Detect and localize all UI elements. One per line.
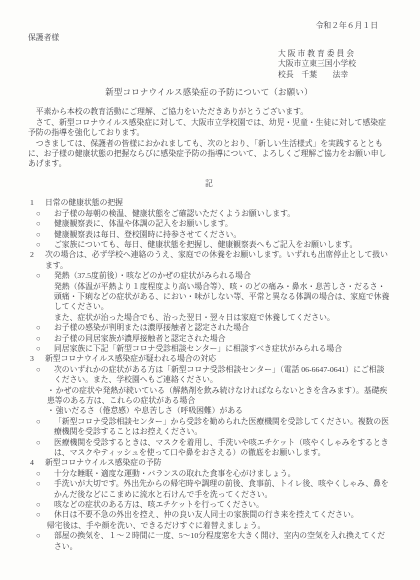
bullet-marker: ○ bbox=[28, 334, 54, 344]
list-item: ○ 健康観察表は毎日、登校園時に持参させてください。 bbox=[28, 230, 390, 240]
section-heading-row: 1 日常の健康状態の把握 bbox=[28, 198, 390, 208]
section-number: 3 bbox=[28, 354, 45, 364]
section-heading-row: 2 次の場合は、必ず学校へ連絡のうえ、家庭での休養をお願いします。いずれも出席停… bbox=[28, 250, 390, 271]
continuation-line: 帰宅後は、手や顔を洗い、できるだけすぐに着替えましょう。 bbox=[47, 521, 390, 531]
sub-list-item: ・かぜの症状や発熱が続いている（解熱剤を飲み続けなければならないときを含みます）… bbox=[47, 386, 390, 407]
bullet-marker: ○ bbox=[28, 438, 54, 459]
section-heading: 日常の健康状態の把握 bbox=[45, 198, 390, 208]
page-title: 新型コロナウイルス感染症の予防について（お願い） bbox=[28, 88, 390, 98]
bullet-marker: ○ bbox=[28, 510, 54, 520]
section-heading: 新型コロナウイルス感染症が疑われる場合の対応 bbox=[45, 354, 390, 364]
bullet-marker: ○ bbox=[28, 240, 54, 250]
bullet-marker: ○ bbox=[28, 479, 54, 500]
list-item-text: 医療機関を受診するときは、マスクを着用し、手洗いや咳エチケット（咳やくしゃみをす… bbox=[54, 438, 390, 459]
list-item: ○ 咳などの症状のある方は、咳エチケットを行ってください。 bbox=[28, 500, 390, 510]
list-item-text: 健康観察表に、体温や体調の記入をお願いします。 bbox=[54, 219, 390, 229]
intro-paragraph: つきましては、保護者の皆様におかれましても、次のとおり、「新しい生活様式」を実践… bbox=[28, 139, 390, 170]
section-heading-row: 4 新型コロナウイルス感染症の予防 bbox=[28, 458, 390, 468]
ki-marker: 記 bbox=[28, 179, 390, 189]
sender-block: 大 阪 市 教 育 委 員 会 大阪市立東三国小学校 校長 千葉 法幸 bbox=[278, 49, 356, 80]
list-item-text: 手洗いが大切です。外出先からの帰宅時や調理の前後、食事前、トイレ後、咳やくしゃみ… bbox=[54, 479, 390, 500]
section-suspected-infection: 3 新型コロナウイルス感染症が疑われる場合の対応 ○ 次のいずれかの症状がある方… bbox=[28, 354, 390, 458]
list-item: ○ 発熱（37.5度前後）・咳などのかぜの症状がみられる場合 bbox=[28, 271, 390, 281]
bullet-marker: ○ bbox=[28, 323, 54, 333]
list-item: ○ 部屋の換気を、１～２時間に一度、5～10分程度窓を大きく開け、室内の空気を入… bbox=[28, 531, 390, 552]
list-item-text: 部屋の換気を、１～２時間に一度、5～10分程度窓を大きく開け、室内の空気を入れ換… bbox=[54, 531, 390, 552]
sender-school: 大阪市立東三国小学校 bbox=[278, 59, 356, 69]
list-item-text: 発熱（37.5度前後）・咳などのかぜの症状がみられる場合 bbox=[54, 271, 390, 281]
sub-paragraph: 発熱（体温が平熱より１度程度より高い場合等）、咳・のどの痛み・鼻水・息苦しさ・だ… bbox=[54, 282, 390, 313]
bullet-marker: ○ bbox=[28, 209, 54, 219]
sub-list-item-text: かぜの症状や発熱が続いている（解熱剤を飲み続けなければならないときを含みます）。… bbox=[47, 386, 387, 405]
section-heading: 新型コロナウイルス感染症の予防 bbox=[45, 458, 390, 468]
list-item-text: お子様の同居家族が濃厚接触者と認定された場合 bbox=[54, 334, 390, 344]
bullet-marker: ○ bbox=[28, 219, 54, 229]
section-heading: 次の場合は、必ず学校へ連絡のうえ、家庭での休養をお願いします。いずれも出席停止と… bbox=[45, 250, 390, 271]
document-page: 令和２年６月１日 保護者様 大 阪 市 教 育 委 員 会 大阪市立東三国小学校… bbox=[0, 0, 420, 580]
list-item-text: 同居家族に下記「新型コロナ受診相談センター」に相談すべき症状がみられる場合 bbox=[54, 344, 390, 354]
section-heading-row: 3 新型コロナウイルス感染症が疑われる場合の対応 bbox=[28, 354, 390, 364]
bullet-marker: ○ bbox=[28, 271, 54, 281]
list-item-text: 次のいずれかの症状がある方は「新型コロナ受診相談センター」（電話 06-6647… bbox=[54, 365, 390, 386]
bullet-marker: ○ bbox=[28, 417, 54, 438]
list-item-text: お子様の毎朝の検温、健康状態をご確認いただくようお願いします。 bbox=[54, 209, 390, 219]
sender-organization: 大 阪 市 教 育 委 員 会 bbox=[278, 49, 356, 59]
sender-principal: 校長 千葉 法幸 bbox=[278, 70, 356, 80]
list-item: ○ 医療機関を受診するときは、マスクを着用し、手洗いや咳エチケット（咳やくしゃみ… bbox=[28, 438, 390, 459]
list-item-text: 十分な睡眠・適度な運動・バランスの取れた食事を心がけましょう。 bbox=[54, 469, 390, 479]
bullet-marker: ○ bbox=[28, 531, 54, 552]
list-item: ○ 手洗いが大切です。外出先からの帰宅時や調理の前後、食事前、トイレ後、咳やくし… bbox=[28, 479, 390, 500]
intro-paragraph: 平素から本校の教育活動にご理解、ご協力をいただきありがとうございます。 bbox=[28, 107, 390, 117]
dot-marker: ・ bbox=[47, 386, 55, 395]
list-item: ○ 同居家族に下記「新型コロナ受診相談センター」に相談すべき症状がみられる場合 bbox=[28, 344, 390, 354]
list-item-text: 休日は不要不急の外出を控え、仲の良い友人同士の家族間の行き来を控えてください。 bbox=[54, 510, 390, 520]
section-number: 1 bbox=[28, 198, 45, 208]
list-item: ○ 健康観察表に、体温や体調の記入をお願いします。 bbox=[28, 219, 390, 229]
dot-marker: ・ bbox=[47, 406, 55, 415]
document-date: 令和２年６月１日 bbox=[28, 21, 390, 31]
list-item: ○ 「新型コロナ受診相談センター」から受診を勧められた医療機関を受診してください… bbox=[28, 417, 390, 438]
list-item: ○ お子様の毎朝の検温、健康状態をご確認いただくようお願いします。 bbox=[28, 209, 390, 219]
recipient: 保護者様 bbox=[28, 33, 390, 43]
list-item: ○ 十分な睡眠・適度な運動・バランスの取れた食事を心がけましょう。 bbox=[28, 469, 390, 479]
section-absence-cases: 2 次の場合は、必ず学校へ連絡のうえ、家庭での休養をお願いします。いずれも出席停… bbox=[28, 250, 390, 354]
bullet-marker: ○ bbox=[28, 230, 54, 240]
list-item-text: ご家族についても、毎日、健康状態を把握し、健康観察表へもご記入をお願いします。 bbox=[54, 240, 390, 250]
list-item: ○ お子様の感染が判明または濃厚接触者と認定された場合 bbox=[28, 323, 390, 333]
intro-paragraph: さて、新型コロナウイルス感染症に対して、大阪市立学校園では、幼児・児童・生徒に対… bbox=[28, 118, 390, 139]
sub-paragraph: また、症状が治った場合でも、治った翌日・翌々日は家庭で休養してください。 bbox=[54, 313, 390, 323]
section-number: 2 bbox=[28, 250, 45, 271]
bullet-marker: ○ bbox=[28, 500, 54, 510]
list-item-text: 「新型コロナ受診相談センター」から受診を勧められた医療機関を受診してください。複… bbox=[54, 417, 390, 438]
bullet-marker: ○ bbox=[28, 365, 54, 386]
bullet-marker: ○ bbox=[28, 344, 54, 354]
list-item-text: 咳などの症状のある方は、咳エチケットを行ってください。 bbox=[54, 500, 390, 510]
list-item: ○ ご家族についても、毎日、健康状態を把握し、健康観察表へもご記入をお願いします… bbox=[28, 240, 390, 250]
list-item: ○ 休日は不要不急の外出を控え、仲の良い友人同士の家族間の行き来を控えてください… bbox=[28, 510, 390, 520]
section-daily-health: 1 日常の健康状態の把握 ○ お子様の毎朝の検温、健康状態をご確認いただくようお… bbox=[28, 198, 390, 250]
list-item: ○ お子様の同居家族が濃厚接触者と認定された場合 bbox=[28, 334, 390, 344]
sub-list-item-text: 強いだるさ（倦怠感）や息苦しさ（呼吸困難）がある bbox=[56, 406, 243, 415]
bullet-marker: ○ bbox=[28, 469, 54, 479]
intro-paragraphs: 平素から本校の教育活動にご理解、ご協力をいただきありがとうございます。 さて、新… bbox=[28, 107, 390, 169]
section-prevention: 4 新型コロナウイルス感染症の予防 ○ 十分な睡眠・適度な運動・バランスの取れた… bbox=[28, 458, 390, 552]
section-number: 4 bbox=[28, 458, 45, 468]
list-item-text: お子様の感染が判明または濃厚接触者と認定された場合 bbox=[54, 323, 390, 333]
list-item: ○ 次のいずれかの症状がある方は「新型コロナ受診相談センター」（電話 06-66… bbox=[28, 365, 390, 386]
sub-list-item: ・強いだるさ（倦怠感）や息苦しさ（呼吸困難）がある bbox=[47, 406, 390, 416]
list-item-text: 健康観察表は毎日、登校園時に持参させてください。 bbox=[54, 230, 390, 240]
